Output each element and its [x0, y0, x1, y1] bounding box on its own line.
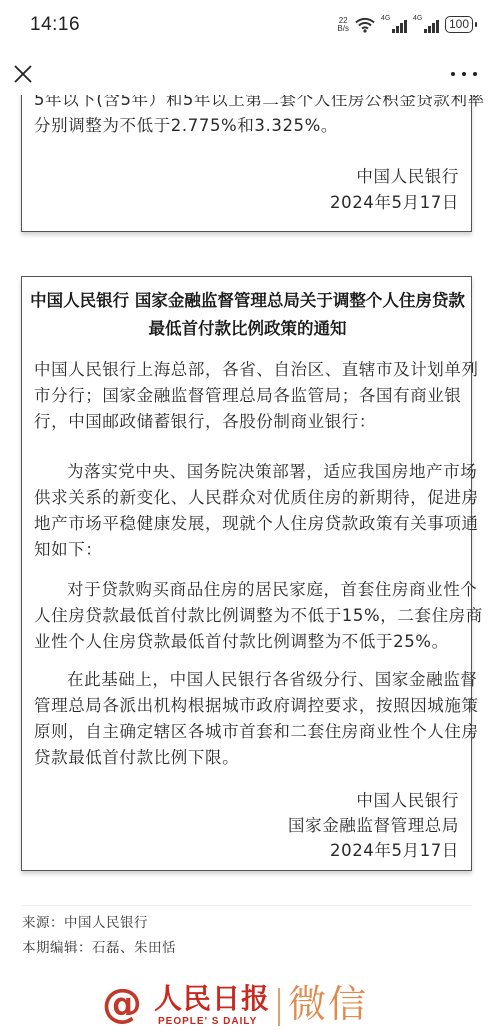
- notice-box-down-payment: 中国人民银行 国家金融监督管理总局关于调整个人住房贷款 最低首付款比例政策的通知…: [21, 276, 472, 871]
- battery-icon: 100: [445, 16, 473, 33]
- paragraph-line: 贷款最低首付款比例下限。: [34, 745, 459, 771]
- paragraph-line: 为落实党中央、国务院决策部署，适应我国房地产市场: [34, 459, 459, 485]
- notice1-signature-org: 中国人民银行: [34, 164, 459, 190]
- logo-separator: [278, 988, 280, 1026]
- network-speed: 22 B/s: [337, 17, 349, 33]
- notice2-paragraph-1: 为落实党中央、国务院决策部署，适应我国房地产市场 供求关系的新变化、人民群众对优…: [34, 459, 459, 563]
- more-options-button[interactable]: [451, 70, 477, 78]
- more-icon-dot: [451, 72, 455, 76]
- notice2-paragraph-3: 在此基础上，中国人民银行各省级分行、国家金融监督 管理总局各派出机构根据城市政府…: [34, 667, 459, 771]
- paragraph-line: 供求关系的新变化、人民群众对优质住房的新期待，促进房: [34, 485, 459, 511]
- addressee-line: 市分行；国家金融监督管理总局各监管局；各国有商业银: [34, 383, 459, 409]
- more-icon-dot: [473, 72, 477, 76]
- paragraph-line: 对于贷款购买商品住房的居民家庭，首套住房商业性个: [34, 577, 459, 603]
- logo-name-cn: 人民日报: [154, 984, 270, 1014]
- notice2-addressee: 中国人民银行上海总部，各省、自治区、直辖市及计划单列 市分行；国家金融监督管理总…: [34, 357, 459, 435]
- paragraph-line: 人住房贷款最低首付款比例调整为不低于15%，二套住房商: [34, 603, 459, 629]
- cell-signal-2-icon: 4G: [413, 17, 439, 33]
- notice2-signature-org: 国家金融监督管理总局: [34, 813, 459, 838]
- notice2-signature-org: 中国人民银行: [34, 788, 459, 813]
- status-icons: 22 B/s 4G 4G 100: [337, 16, 473, 33]
- signal-1-label: 4G: [381, 15, 390, 22]
- notice1-body-line: 分别调整为不低于2.775%和3.325%。: [34, 113, 459, 139]
- logo-platform: 微信: [288, 980, 368, 1028]
- battery-level: 100: [449, 17, 469, 31]
- status-bar: 14:16 22 B/s 4G 4G 100: [0, 0, 491, 55]
- notice2-paragraph-2: 对于贷款购买商品住房的居民家庭，首套住房商业性个 人住房贷款最低首付款比例调整为…: [34, 577, 459, 655]
- more-icon-dot: [462, 72, 466, 76]
- footer-divider: [21, 905, 472, 906]
- editor-credit: 本期编辑：石磊、朱田恬: [22, 936, 176, 956]
- paragraph-line: 业性个人住房贷款最低首付款比例调整为不低于25%。: [34, 629, 459, 655]
- nav-bar: [0, 55, 491, 95]
- paragraph-line: 知如下：: [34, 537, 459, 563]
- close-icon: [12, 63, 34, 85]
- paragraph-line: 管理总局各派出机构根据城市政府调控要求，按照因城施策: [34, 693, 459, 719]
- network-speed-unit: B/s: [337, 25, 349, 33]
- notice1-signature: 中国人民银行 2024年5月17日: [34, 164, 459, 216]
- peoples-daily-wechat-logo: @ 人民日报 PEOPLE' S DAILY 微信: [100, 980, 390, 1030]
- source-credit: 来源：中国人民银行: [22, 911, 148, 931]
- notice2-date: 2024年5月17日: [34, 838, 459, 863]
- cell-signal-1-icon: 4G: [381, 17, 407, 33]
- notice2-signature: 中国人民银行 国家金融监督管理总局 2024年5月17日: [34, 788, 459, 863]
- notice1-date: 2024年5月17日: [34, 190, 459, 216]
- status-time: 14:16: [30, 14, 80, 36]
- paragraph-line: 在此基础上，中国人民银行各省级分行、国家金融监督: [34, 667, 459, 693]
- logo-name-en: PEOPLE' S DAILY: [158, 1016, 257, 1027]
- paragraph-line: 地产市场平稳健康发展，现就个人住房贷款政策有关事项通: [34, 511, 459, 537]
- wifi-icon: [355, 17, 375, 33]
- notice2-title-line: 中国人民银行 国家金融监督管理总局关于调整个人住房贷款: [22, 287, 473, 315]
- paragraph-line: 原则，自主确定辖区各城市首套和二套住房商业性个人住房: [34, 719, 459, 745]
- notice2-title: 中国人民银行 国家金融监督管理总局关于调整个人住房贷款 最低首付款比例政策的通知: [22, 287, 473, 343]
- at-sign-icon: @: [102, 982, 142, 1026]
- close-button[interactable]: [12, 63, 34, 85]
- addressee-line: 中国人民银行上海总部，各省、自治区、直辖市及计划单列: [34, 357, 459, 383]
- addressee-line: 行，中国邮政储蓄银行，各股份制商业银行：: [34, 409, 459, 435]
- signal-2-label: 4G: [413, 15, 422, 22]
- notice2-title-line: 最低首付款比例政策的通知: [22, 315, 473, 343]
